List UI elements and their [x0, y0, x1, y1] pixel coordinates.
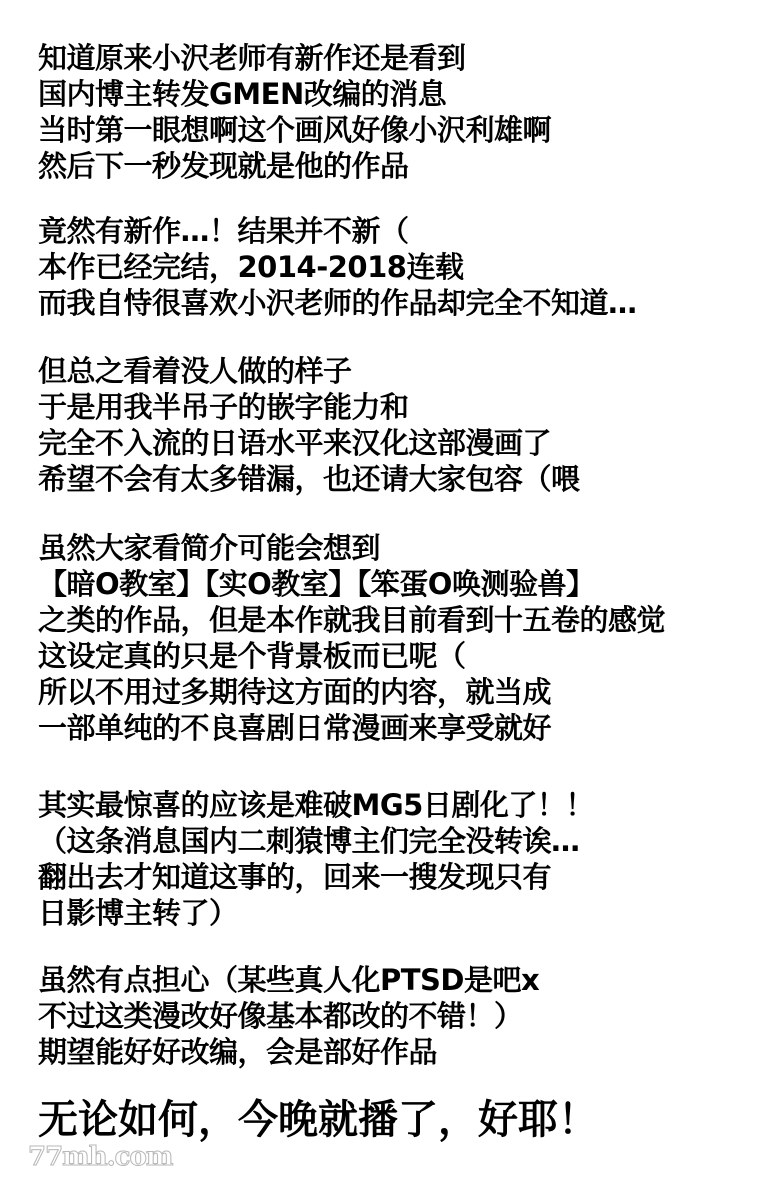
closing-headline: 无论如何，今晚就播了，好耶！: [38, 1096, 598, 1144]
text-line: 于是用我半吊子的嵌字能力和: [38, 389, 580, 425]
site-watermark: 77mh.com: [28, 1142, 172, 1172]
text-line: 不过这类漫改好像基本都改的不错！）: [38, 998, 539, 1034]
text-line: 国内博主转发GMEN改编的消息: [38, 76, 551, 112]
text-line: 当时第一眼想啊这个画风好像小沢利雄啊: [38, 112, 551, 148]
translator-note-page: 知道原来小沢老师有新作还是看到 国内博主转发GMEN改编的消息 当时第一眼想啊这…: [0, 0, 784, 1200]
text-line: 本作已经完结，2014-2018连载: [38, 249, 637, 285]
paragraph-hopes: 虽然有点担心（某些真人化PTSD是吧x 不过这类漫改好像基本都改的不错！） 期望…: [38, 962, 539, 1070]
text-line: 而我自恃很喜欢小沢老师的作品却完全不知道…: [38, 285, 637, 321]
text-line: 日影博主转了）: [38, 895, 594, 931]
paragraph-expectations: 虽然大家看简介可能会想到 【暗O教室】【实O教室】【笨蛋O唤测验兽】 之类的作品…: [38, 530, 665, 746]
paragraph-drama-news: 其实最惊喜的应该是难破MG5日剧化了！！ （这条消息国内二刺猿博主们完全没转诶……: [38, 787, 594, 931]
text-line: 这设定真的只是个背景板而已呢（: [38, 638, 665, 674]
text-line: 其实最惊喜的应该是难破MG5日剧化了！！: [38, 787, 594, 823]
text-line: 一部单纯的不良喜剧日常漫画来享受就好: [38, 710, 665, 746]
text-line: （这条消息国内二刺猿博主们完全没转诶…: [38, 823, 594, 859]
paragraph-not-new: 竟然有新作…！结果并不新（ 本作已经完结，2014-2018连载 而我自恃很喜欢…: [38, 213, 637, 321]
text-line: 所以不用过多期待这方面的内容，就当成: [38, 674, 665, 710]
text-line: 翻出去才知道这事的，回来一搜发现只有: [38, 859, 594, 895]
text-line: 期望能好好改编，会是部好作品: [38, 1034, 539, 1070]
text-line: 虽然有点担心（某些真人化PTSD是吧x: [38, 962, 539, 998]
paragraph-discovery: 知道原来小沢老师有新作还是看到 国内博主转发GMEN改编的消息 当时第一眼想啊这…: [38, 40, 551, 184]
paragraph-closing-headline: 无论如何，今晚就播了，好耶！: [38, 1096, 598, 1144]
text-line: 虽然大家看简介可能会想到: [38, 530, 665, 566]
text-line: 但总之看着没人做的样子: [38, 353, 580, 389]
text-line: 知道原来小沢老师有新作还是看到: [38, 40, 551, 76]
text-line: 之类的作品，但是本作就我目前看到十五卷的感觉: [38, 602, 665, 638]
text-line: 然后下一秒发现就是他的作品: [38, 148, 551, 184]
paragraph-translation: 但总之看着没人做的样子 于是用我半吊子的嵌字能力和 完全不入流的日语水平来汉化这…: [38, 353, 580, 497]
text-line: 竟然有新作…！结果并不新（: [38, 213, 637, 249]
text-line: 希望不会有太多错漏，也还请大家包容（喂: [38, 461, 580, 497]
text-line: 【暗O教室】【实O教室】【笨蛋O唤测验兽】: [38, 566, 665, 602]
text-line: 完全不入流的日语水平来汉化这部漫画了: [38, 425, 580, 461]
